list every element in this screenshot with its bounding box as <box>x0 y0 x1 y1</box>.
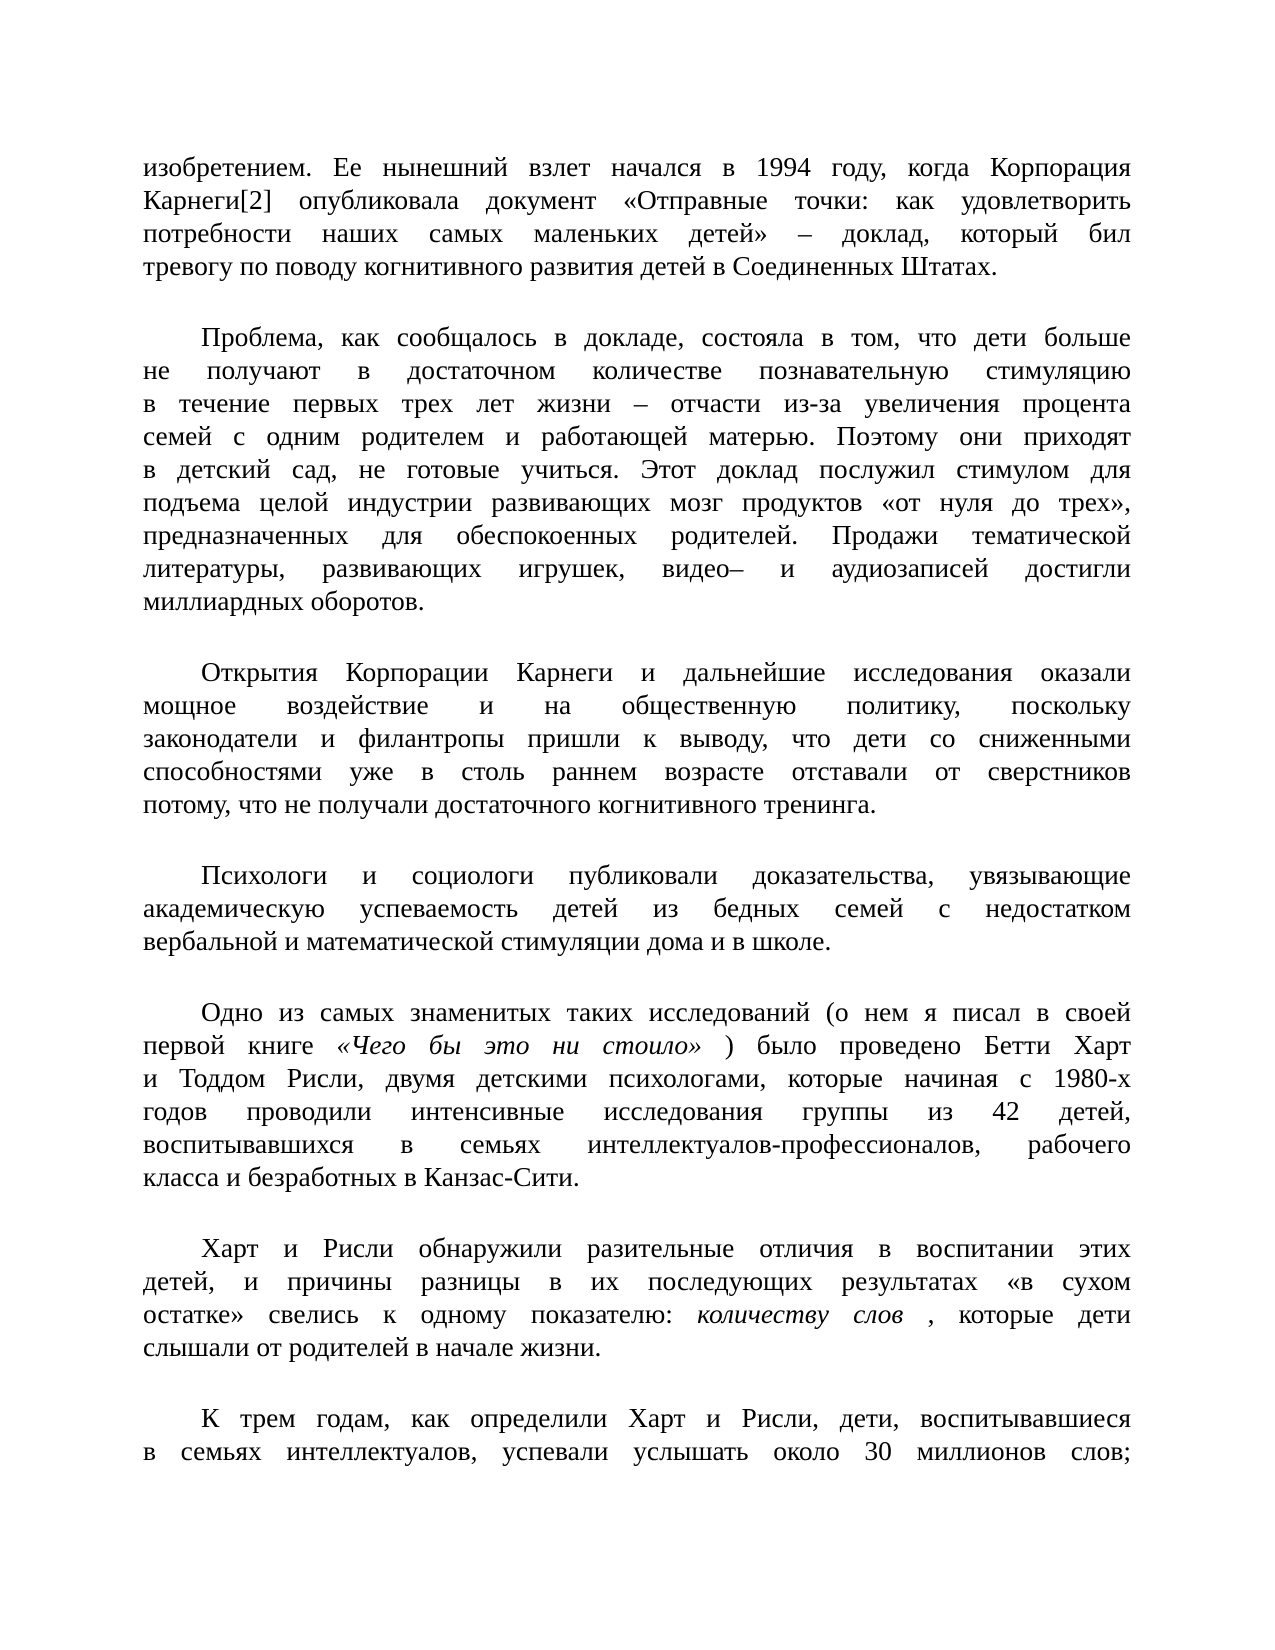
text-line: Одно из самых знаменитых таких исследова… <box>143 995 1131 1028</box>
text-run: потому, что не получали достаточного ког… <box>143 788 877 819</box>
text-run: мощное воздействие и на общественную пол… <box>143 689 1131 720</box>
text-line: Проблема, как сообщалось в докладе, сост… <box>143 320 1131 353</box>
text-run: остатке» свелись к одному показателю: <box>143 1298 697 1329</box>
text-line: миллиардных оборотов. <box>143 584 1131 617</box>
text-run: изобретением. Ее нынешний взлет начался … <box>143 151 1131 182</box>
text-run: Открытия Корпорации Карнеги и дальнейшие… <box>201 656 1131 687</box>
text-run: слышали от родителей в начале жизни. <box>143 1331 601 1362</box>
text-line: не получают в достаточном количестве поз… <box>143 353 1131 386</box>
text-line: семей с одним родителем и работающей мат… <box>143 419 1131 452</box>
text-run: первой книге <box>143 1029 337 1060</box>
paragraph: Проблема, как сообщалось в докладе, сост… <box>143 320 1131 617</box>
text-run: способностями уже в столь раннем возраст… <box>143 755 1131 786</box>
text-run: Карнеги[2] опубликовала документ «Отправ… <box>143 184 1131 215</box>
text-line: потому, что не получали достаточного ког… <box>143 787 1131 820</box>
text-run: Одно из самых знаменитых таких исследова… <box>201 996 1131 1027</box>
text-run: предназначенных для обеспокоенных родите… <box>143 519 1131 550</box>
text-line: Психологи и социологи публиковали доказа… <box>143 858 1131 891</box>
text-run: вербальной и математической стимуляции д… <box>143 925 831 956</box>
text-line: в детский сад, не готовые учиться. Этот … <box>143 452 1131 485</box>
page-text: изобретением. Ее нынешний взлет начался … <box>143 150 1131 1505</box>
paragraph: Одно из самых знаменитых таких исследова… <box>143 995 1131 1193</box>
text-run: Психологи и социологи публиковали доказа… <box>201 859 1131 890</box>
text-run: и Тоддом Рисли, двумя детскими психолога… <box>143 1062 1131 1093</box>
text-run: потребности наших самых маленьких детей»… <box>143 217 1131 248</box>
text-line: в течение первых трех лет жизни – отчаст… <box>143 386 1131 419</box>
text-line: законодатели и филантропы пришли к вывод… <box>143 721 1131 754</box>
text-line: в семьях интеллектуалов, успевали услыша… <box>143 1434 1131 1467</box>
text-run: не получают в достаточном количестве поз… <box>143 354 1131 385</box>
text-line: слышали от родителей в начале жизни. <box>143 1330 1131 1363</box>
text-line: подъема целой индустрии развивающих мозг… <box>143 485 1131 518</box>
text-line: Карнеги[2] опубликовала документ «Отправ… <box>143 183 1131 216</box>
text-run: подъема целой индустрии развивающих мозг… <box>143 486 1131 517</box>
paragraph: изобретением. Ее нынешний взлет начался … <box>143 150 1131 282</box>
text-run: в семьях интеллектуалов, успевали услыша… <box>143 1435 1131 1466</box>
text-line: вербальной и математической стимуляции д… <box>143 924 1131 957</box>
text-line: класса и безработных в Канзас-Сити. <box>143 1160 1131 1193</box>
text-run: , которые дети <box>903 1298 1131 1329</box>
text-line: остатке» свелись к одному показателю: ко… <box>143 1297 1131 1330</box>
text-run: литературы, развивающих игрушек, видео– … <box>143 552 1131 583</box>
text-line: и Тоддом Рисли, двумя детскими психолога… <box>143 1061 1131 1094</box>
text-run: ) было проведено Бетти Харт <box>702 1029 1131 1060</box>
text-line: детей, и причины разницы в их последующи… <box>143 1264 1131 1297</box>
text-line: изобретением. Ее нынешний взлет начался … <box>143 150 1131 183</box>
paragraph: Психологи и социологи публиковали доказа… <box>143 858 1131 957</box>
text-run: класса и безработных в Канзас-Сити. <box>143 1161 580 1192</box>
text-run: Проблема, как сообщалось в докладе, сост… <box>201 321 1131 352</box>
text-run: в детский сад, не готовые учиться. Этот … <box>143 453 1131 484</box>
text-run: детей, и причины разницы в их последующи… <box>143 1265 1131 1296</box>
text-line: годов проводили интенсивные исследования… <box>143 1094 1131 1127</box>
text-line: потребности наших самых маленьких детей»… <box>143 216 1131 249</box>
text-line: Открытия Корпорации Карнеги и дальнейшие… <box>143 655 1131 688</box>
text-line: тревогу по поводу когнитивного развития … <box>143 249 1131 282</box>
text-line: мощное воздействие и на общественную пол… <box>143 688 1131 721</box>
text-run: К трем годам, как определили Харт и Рисл… <box>201 1402 1131 1433</box>
text-line: предназначенных для обеспокоенных родите… <box>143 518 1131 551</box>
text-line: воспитывавшихся в семьях интеллектуалов-… <box>143 1127 1131 1160</box>
italic-text-run: «Чего бы это ни стоило» <box>337 1029 702 1060</box>
document-page: изобретением. Ее нынешний взлет начался … <box>0 0 1275 1650</box>
text-run: годов проводили интенсивные исследования… <box>143 1095 1131 1126</box>
text-line: Харт и Рисли обнаружили разительные отли… <box>143 1231 1131 1264</box>
text-run: семей с одним родителем и работающей мат… <box>143 420 1131 451</box>
paragraph: Открытия Корпорации Карнеги и дальнейшие… <box>143 655 1131 820</box>
paragraph: К трем годам, как определили Харт и Рисл… <box>143 1401 1131 1467</box>
italic-text-run: количеству слов <box>697 1298 903 1329</box>
text-run: в течение первых трех лет жизни – отчаст… <box>143 387 1131 418</box>
text-line: способностями уже в столь раннем возраст… <box>143 754 1131 787</box>
text-run: миллиардных оборотов. <box>143 585 425 616</box>
text-run: Харт и Рисли обнаружили разительные отли… <box>201 1232 1131 1263</box>
text-run: воспитывавшихся в семьях интеллектуалов-… <box>143 1128 1131 1159</box>
text-line: первой книге «Чего бы это ни стоило» ) б… <box>143 1028 1131 1061</box>
text-run: законодатели и филантропы пришли к вывод… <box>143 722 1131 753</box>
text-run: тревогу по поводу когнитивного развития … <box>143 250 998 281</box>
text-line: литературы, развивающих игрушек, видео– … <box>143 551 1131 584</box>
text-line: К трем годам, как определили Харт и Рисл… <box>143 1401 1131 1434</box>
paragraph: Харт и Рисли обнаружили разительные отли… <box>143 1231 1131 1363</box>
text-line: академическую успеваемость детей из бедн… <box>143 891 1131 924</box>
text-run: академическую успеваемость детей из бедн… <box>143 892 1131 923</box>
